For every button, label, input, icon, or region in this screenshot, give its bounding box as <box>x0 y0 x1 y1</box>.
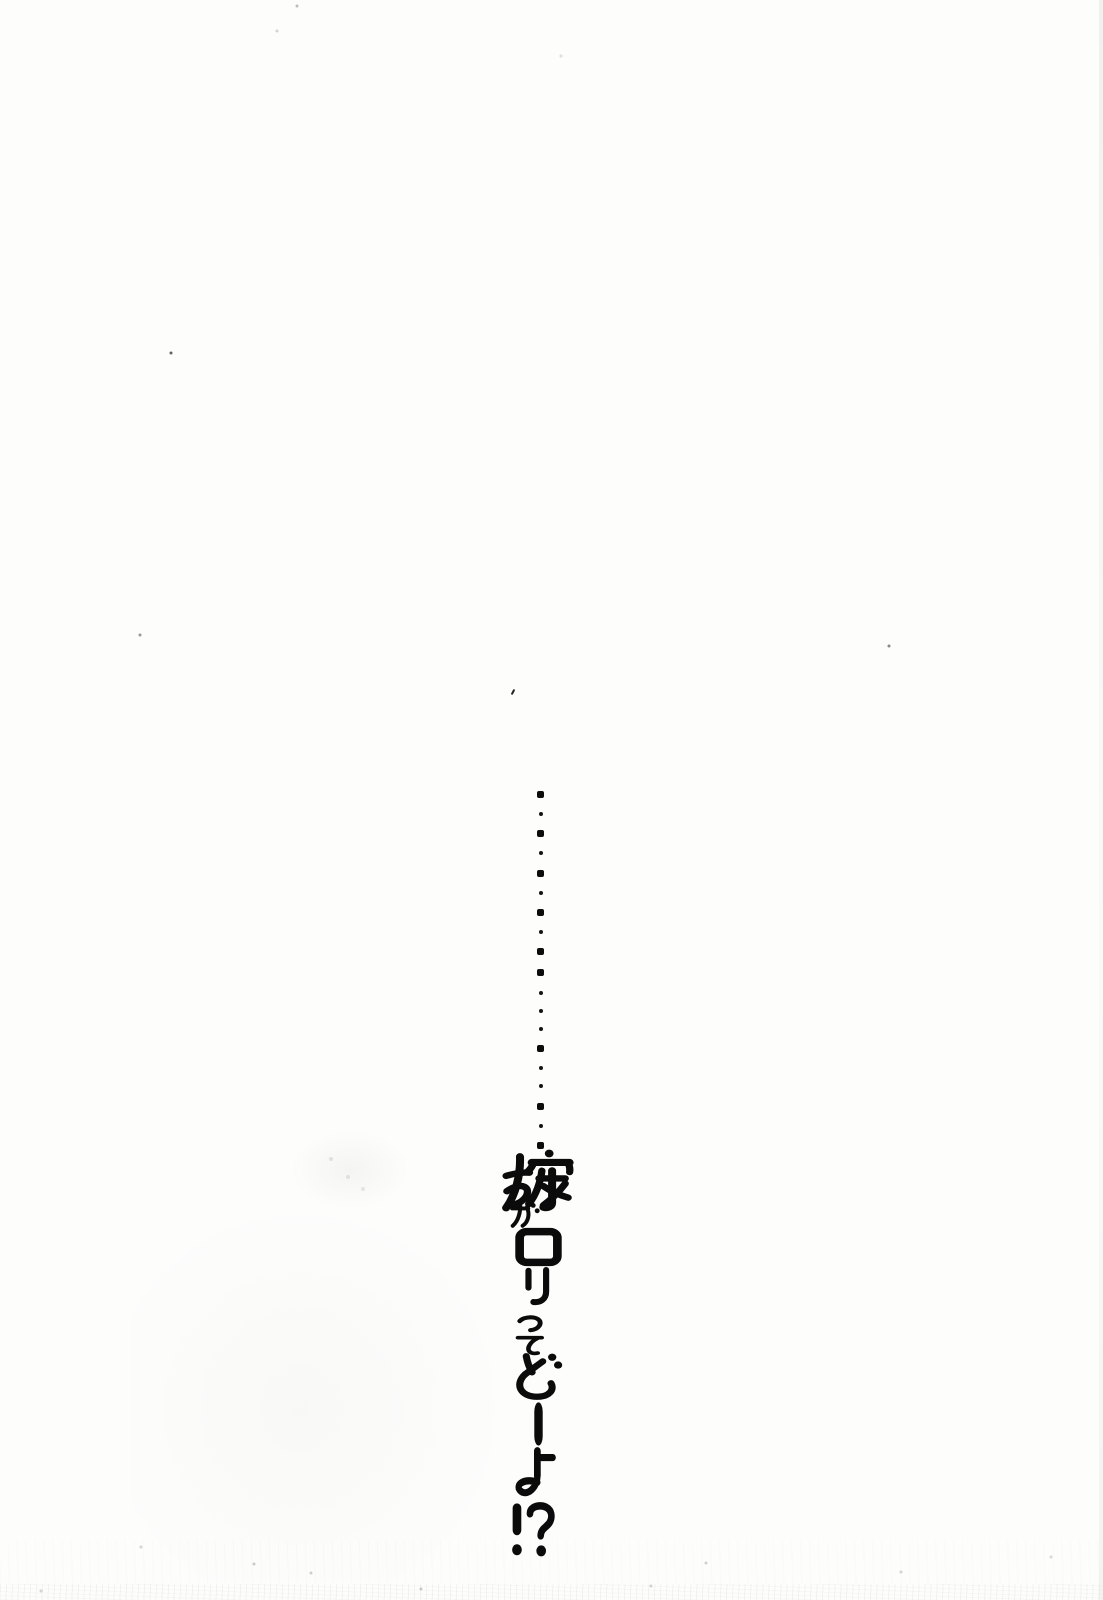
lead-kana-mark <box>537 791 544 798</box>
lead-kana-mark <box>537 1045 544 1052</box>
lead-interpunct-mark <box>539 1084 543 1088</box>
title-glyph-do <box>505 1351 564 1403</box>
lead-interpunct-mark <box>539 1027 543 1031</box>
manga-title-page: 嫁がロリってどーよ!? マ・ジ・で・ド・ー・・・め・・・く・・・ヨ <box>0 0 1103 1600</box>
lead-text-column <box>533 791 548 1149</box>
title-glyph-exclamation-question <box>506 1501 557 1559</box>
ink-slash-speck <box>511 689 516 695</box>
title-glyph-long-vowel-bar <box>528 1401 549 1447</box>
page-title: 嫁がロリってどーよ!? <box>0 21 1 22</box>
lead-kana-mark <box>537 1103 544 1110</box>
paper-smudge <box>290 1130 410 1210</box>
title-glyph-ri <box>517 1266 558 1306</box>
lead-interpunct-mark <box>539 812 543 816</box>
lead-interpunct-mark <box>539 1009 543 1013</box>
lead-interpunct-mark <box>539 991 543 995</box>
paper-speck-dots <box>0 0 2 2</box>
lead-kana-mark <box>537 909 544 916</box>
title-glyph-yo <box>510 1446 558 1501</box>
scan-edge-right <box>1099 0 1103 1600</box>
lead-kana-mark <box>537 1142 544 1149</box>
scan-grain-bottom-edge <box>0 1584 1103 1600</box>
lead-interpunct-mark <box>539 1066 543 1070</box>
lead-kana-mark <box>537 830 544 837</box>
title-glyph-ro <box>513 1225 564 1269</box>
paper-shade <box>130 1200 510 1580</box>
lead-kana-mark <box>537 870 544 877</box>
lead-interpunct-mark <box>539 930 543 934</box>
lead-kana-mark <box>537 948 544 955</box>
lead-interpunct-mark <box>539 851 543 855</box>
lead-kana-mark <box>537 969 544 976</box>
lead-interpunct-mark <box>539 891 543 895</box>
lead-interpunct-mark <box>539 1124 543 1128</box>
